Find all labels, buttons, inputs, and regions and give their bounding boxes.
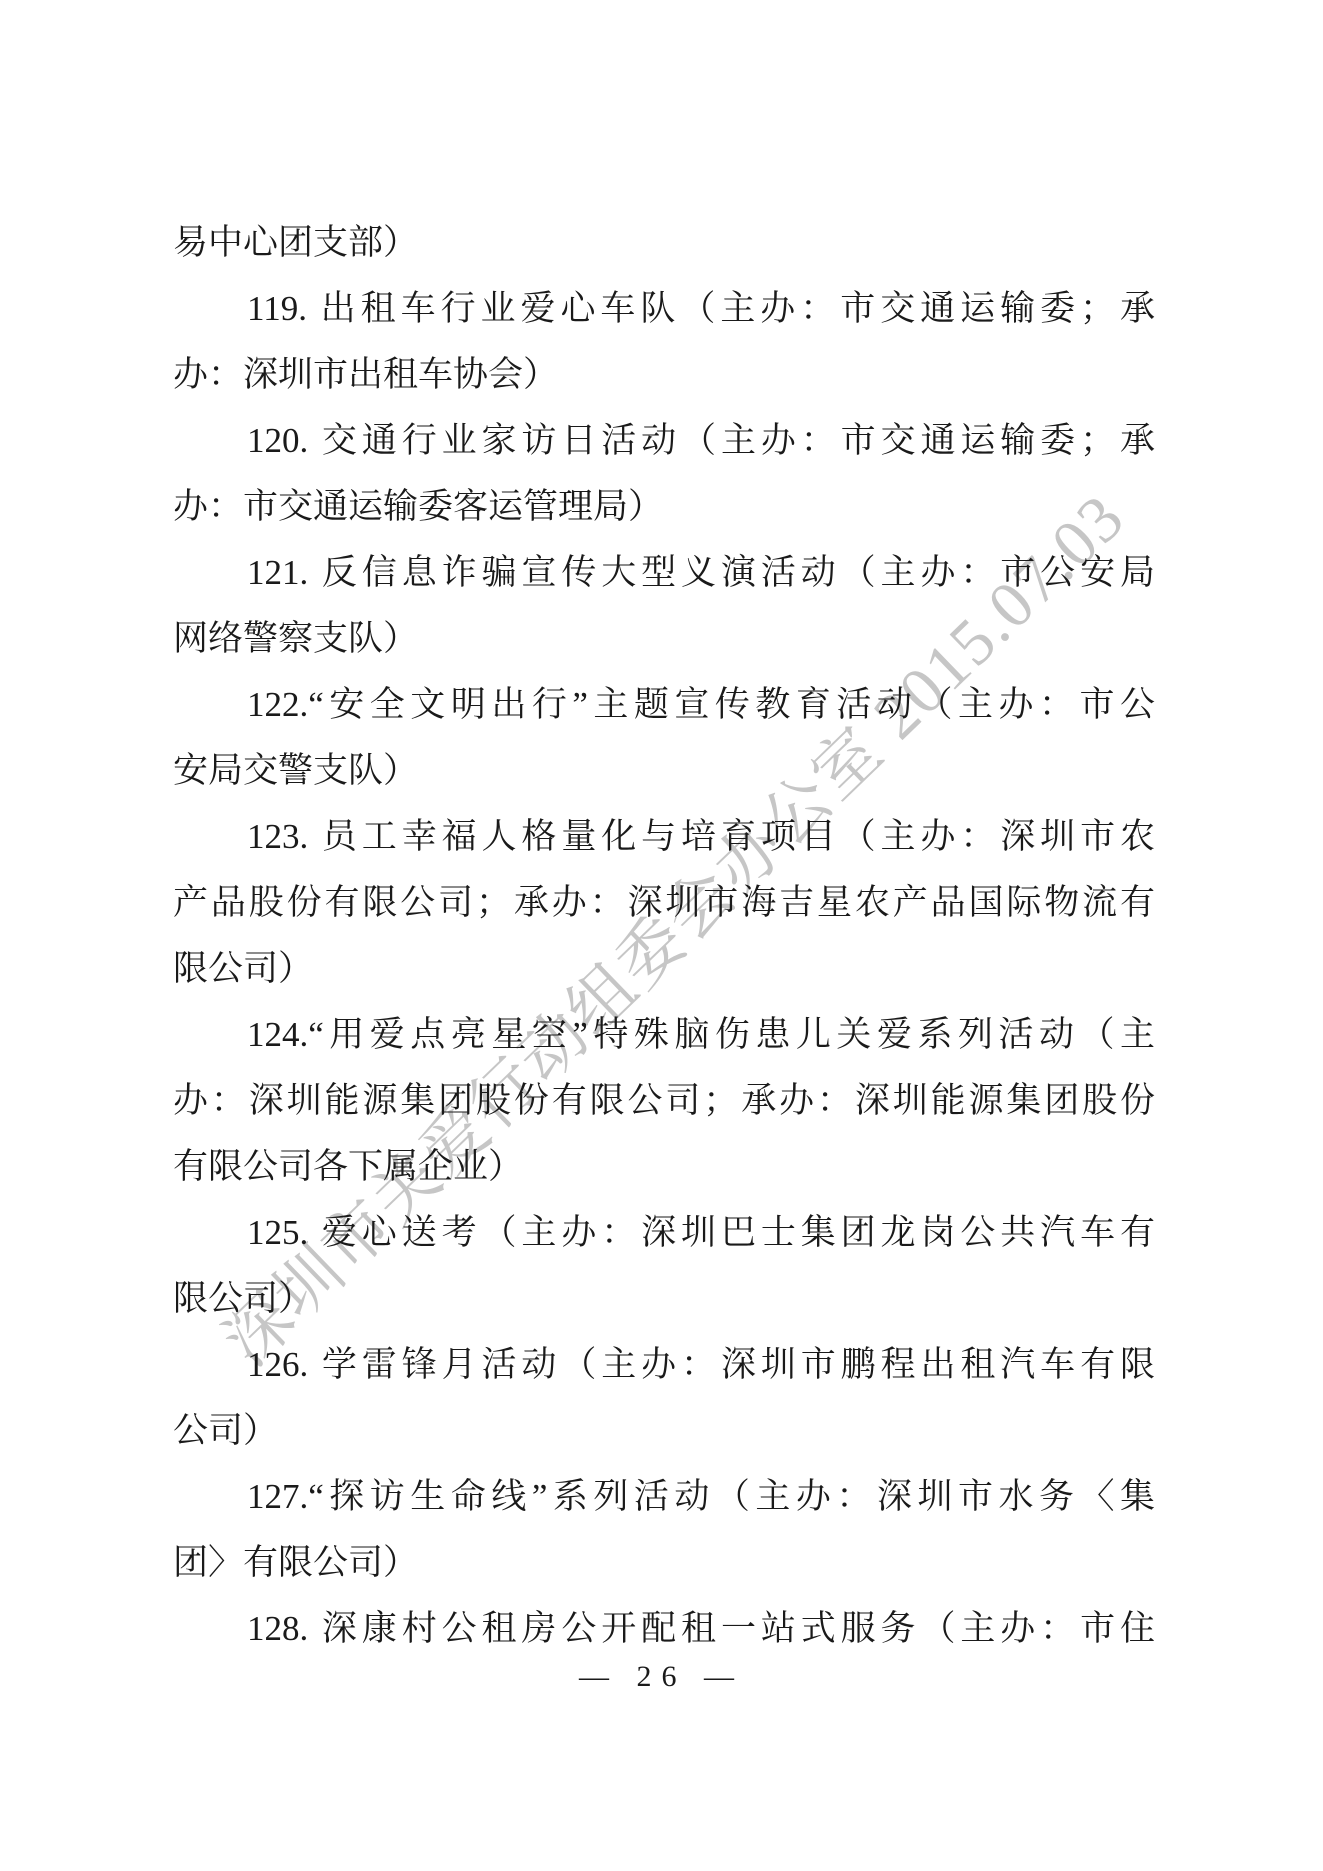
text-line: 119. 出租车行业爱心车队（主办：市交通运输委；承 <box>173 276 1155 342</box>
text-line: 128. 深康村公租房公开配租一站式服务（主办：市住 <box>173 1596 1155 1662</box>
text-line: 团〉有限公司） <box>173 1530 1155 1596</box>
text-line: 127.“探访生命线”系列活动（主办：深圳市水务〈集 <box>173 1464 1155 1530</box>
text-line: 安局交警支队） <box>173 738 1155 804</box>
text-line: 办：市交通运输委客运管理局） <box>173 474 1155 540</box>
text-line: 121. 反信息诈骗宣传大型义演活动（主办：市公安局 <box>173 540 1155 606</box>
text-line: 125. 爱心送考（主办：深圳巴士集团龙岗公共汽车有 <box>173 1200 1155 1266</box>
text-line: 126. 学雷锋月活动（主办：深圳市鹏程出租汽车有限 <box>173 1332 1155 1398</box>
text-body: 易中心团支部）119. 出租车行业爱心车队（主办：市交通运输委；承办：深圳市出租… <box>173 210 1155 1662</box>
text-line: 网络警察支队） <box>173 606 1155 672</box>
page-number: — 26 — <box>0 1660 1323 1694</box>
document-page: 深圳市关爱行动组委会办公室 2015.07.03 易中心团支部）119. 出租车… <box>0 0 1323 1871</box>
text-line: 公司） <box>173 1398 1155 1464</box>
text-line: 产品股份有限公司；承办：深圳市海吉星农产品国际物流有 <box>173 870 1155 936</box>
text-line: 易中心团支部） <box>173 210 1155 276</box>
text-line: 120. 交通行业家访日活动（主办：市交通运输委；承 <box>173 408 1155 474</box>
text-line: 有限公司各下属企业） <box>173 1134 1155 1200</box>
text-line: 办：深圳能源集团股份有限公司；承办：深圳能源集团股份 <box>173 1068 1155 1134</box>
text-line: 122.“安全文明出行”主题宣传教育活动（主办：市公 <box>173 672 1155 738</box>
text-line: 办：深圳市出租车协会） <box>173 342 1155 408</box>
text-line: 123. 员工幸福人格量化与培育项目（主办：深圳市农 <box>173 804 1155 870</box>
text-line: 124.“用爱点亮星空”特殊脑伤患儿关爱系列活动（主 <box>173 1002 1155 1068</box>
text-line: 限公司） <box>173 936 1155 1002</box>
text-line: 限公司） <box>173 1266 1155 1332</box>
